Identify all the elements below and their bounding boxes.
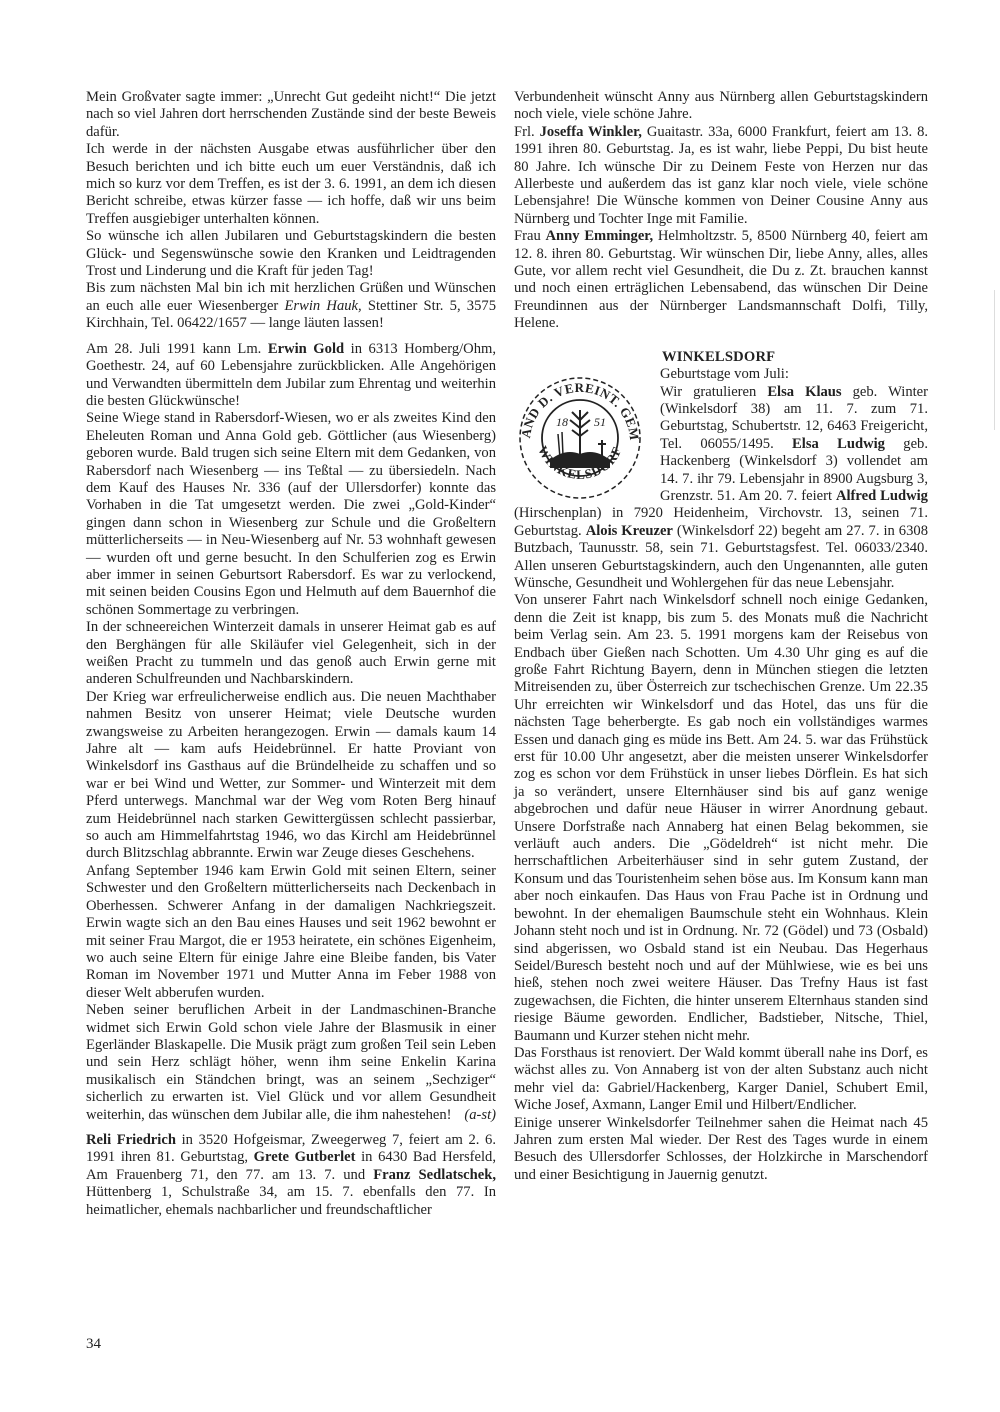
left-column: Mein Großvater sagte immer: „Unrecht Gut… bbox=[86, 89, 496, 1219]
paragraph-grandfather: Mein Großvater sagte immer: „Unrecht Gut… bbox=[86, 89, 496, 141]
winkelsdorf-seal-icon: VORSTAND D. VEREINT. GEMEINDE WINKELSDOR… bbox=[510, 370, 650, 500]
person-name: Joseffa Winkler, bbox=[540, 124, 642, 140]
paragraph-music: Neben seiner beruflichen Arbeit in der L… bbox=[86, 1002, 496, 1124]
person-name: Alois Kreuzer bbox=[586, 523, 673, 539]
paragraph-erwin-gold-intro: Am 28. Juli 1991 kann Lm. Erwin Gold in … bbox=[86, 341, 496, 411]
page-number: 34 bbox=[86, 1336, 101, 1353]
person-name: Reli Friedrich bbox=[86, 1132, 176, 1148]
paragraph-childhood: Seine Wiege stand in Rabersdorf-Wiesen, … bbox=[86, 410, 496, 619]
svg-text:51: 51 bbox=[594, 415, 606, 429]
svg-text:18: 18 bbox=[556, 415, 568, 429]
person-name: Alfred Ludwig bbox=[836, 488, 928, 504]
svg-text:VORSTAND D. VEREINT. GEMEINDE: VORSTAND D. VEREINT. GEMEINDE bbox=[510, 370, 642, 441]
paragraph-forsthaus: Das Forsthaus ist renoviert. Der Wald ko… bbox=[514, 1045, 928, 1115]
author-name: Erwin Hauk, bbox=[285, 298, 362, 314]
right-column: Verbundenheit wünscht Anny aus Nürnberg … bbox=[514, 89, 928, 1184]
paragraph-wishes: So wünsche ich allen Jubilaren und Gebur… bbox=[86, 228, 496, 280]
paragraph-winter: In der schneereichen Winterzeit damals i… bbox=[86, 619, 496, 689]
paragraph-participants: Einige unserer Winkelsdorfer Teilnehmer … bbox=[514, 1115, 928, 1185]
paragraph-next-issue: Ich werde in der nächsten Ausgabe etwas … bbox=[86, 141, 496, 228]
paragraph-signoff: Bis zum nächsten Mal bin ich mit herzlic… bbox=[86, 280, 496, 332]
paragraph-birthdays-left: Reli Friedrich in 3520 Hofgeismar, Zweeg… bbox=[86, 1132, 496, 1219]
person-name: Anny Emminger, bbox=[546, 228, 654, 244]
document-page: Mein Großvater sagte immer: „Unrecht Gut… bbox=[0, 0, 1000, 1412]
paragraph-september-1946: Anfang September 1946 kam Erwin Gold mit… bbox=[86, 863, 496, 1002]
page-edge-divider bbox=[994, 290, 995, 430]
paragraph-emminger: Frau Anny Emminger, Helmholtzstr. 5, 850… bbox=[514, 228, 928, 332]
section-heading-winkelsdorf: WINKELSDORF bbox=[662, 349, 928, 366]
paragraph-war: Der Krieg war erfreulicherweise endlich … bbox=[86, 689, 496, 863]
person-name: Elsa Klaus bbox=[767, 384, 841, 400]
author-signature: (a-st) bbox=[464, 1107, 496, 1124]
paragraph-winkler: Frl. Joseffa Winkler, Guaitastr. 33a, 60… bbox=[514, 124, 928, 228]
paragraph-verbundenheit: Verbundenheit wünscht Anny aus Nürnberg … bbox=[514, 89, 928, 124]
person-name: Franz Sedlatschek, bbox=[373, 1167, 496, 1183]
person-name: Elsa Ludwig bbox=[792, 436, 885, 452]
paragraph-trip: Von unserer Fahrt nach Winkelsdorf schne… bbox=[514, 592, 928, 1045]
person-name: Erwin Gold bbox=[268, 341, 344, 357]
person-name: Grete Gutberlet bbox=[254, 1149, 356, 1165]
